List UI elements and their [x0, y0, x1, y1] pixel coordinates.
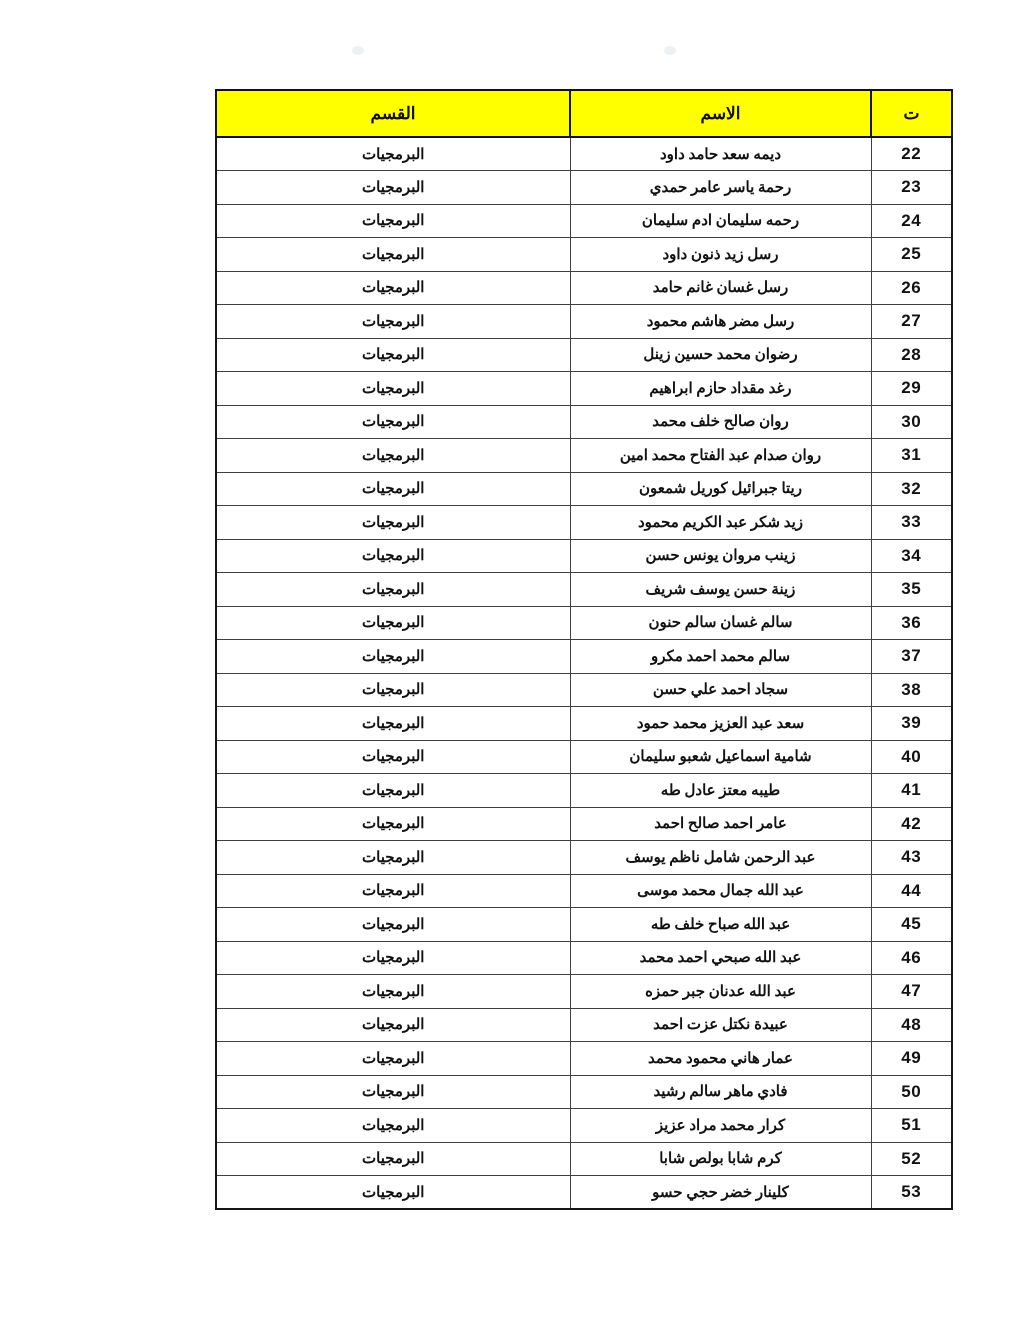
- document-page: ت الاسم القسم 22ديمه سعد حامد داودالبرمج…: [0, 0, 1024, 1325]
- scan-smudge: [664, 46, 676, 55]
- row-number-cell: 30: [871, 405, 952, 439]
- department-cell: البرمجيات: [216, 1075, 570, 1109]
- row-number-cell: 26: [871, 271, 952, 305]
- table-row: 51كرار محمد مراد عزيزالبرمجيات: [216, 1109, 952, 1143]
- row-number-cell: 27: [871, 305, 952, 339]
- table-row: 43عبد الرحمن شامل ناظم يوسفالبرمجيات: [216, 841, 952, 875]
- row-number-cell: 41: [871, 774, 952, 808]
- department-cell: البرمجيات: [216, 271, 570, 305]
- department-cell: البرمجيات: [216, 1008, 570, 1042]
- department-cell: البرمجيات: [216, 305, 570, 339]
- row-number-cell: 39: [871, 707, 952, 741]
- student-name-cell: رسل مضر هاشم محمود: [570, 305, 871, 339]
- student-name-cell: كلينار خضر حجي حسو: [570, 1176, 871, 1210]
- table-row: 53كلينار خضر حجي حسوالبرمجيات: [216, 1176, 952, 1210]
- row-number-cell: 25: [871, 238, 952, 272]
- department-cell: البرمجيات: [216, 372, 570, 406]
- student-name-cell: فادي ماهر سالم رشيد: [570, 1075, 871, 1109]
- student-name-cell: عبد الله صباح خلف طه: [570, 908, 871, 942]
- student-name-cell: طيبه معتز عادل طه: [570, 774, 871, 808]
- department-cell: البرمجيات: [216, 807, 570, 841]
- row-number-cell: 37: [871, 640, 952, 674]
- row-number-cell: 49: [871, 1042, 952, 1076]
- row-number-cell: 48: [871, 1008, 952, 1042]
- student-name-cell: رغد مقداد حازم ابراهيم: [570, 372, 871, 406]
- row-number-cell: 31: [871, 439, 952, 473]
- student-name-cell: زينب مروان يونس حسن: [570, 539, 871, 573]
- table-row: 48عبيدة نكتل عزت احمدالبرمجيات: [216, 1008, 952, 1042]
- row-number-cell: 42: [871, 807, 952, 841]
- table-row: 37سالم محمد احمد مكروالبرمجيات: [216, 640, 952, 674]
- student-name-cell: عبد الله صبحي احمد محمد: [570, 941, 871, 975]
- table-row: 44عبد الله جمال محمد موسىالبرمجيات: [216, 874, 952, 908]
- row-number-cell: 34: [871, 539, 952, 573]
- department-cell: البرمجيات: [216, 171, 570, 205]
- table-row: 40شامية اسماعيل شعبو سليمانالبرمجيات: [216, 740, 952, 774]
- student-name-cell: رسل زيد ذنون داود: [570, 238, 871, 272]
- row-number-cell: 22: [871, 137, 952, 171]
- row-number-cell: 33: [871, 506, 952, 540]
- table-row: 28رضوان محمد حسين زينلالبرمجيات: [216, 338, 952, 372]
- row-number-cell: 24: [871, 204, 952, 238]
- student-name-cell: عبد الرحمن شامل ناظم يوسف: [570, 841, 871, 875]
- department-cell: البرمجيات: [216, 975, 570, 1009]
- table-row: 34زينب مروان يونس حسنالبرمجيات: [216, 539, 952, 573]
- table-row: 32ريتا جبرائيل كوريل شمعونالبرمجيات: [216, 472, 952, 506]
- student-name-cell: زينة حسن يوسف شريف: [570, 573, 871, 607]
- department-cell: البرمجيات: [216, 573, 570, 607]
- student-name-cell: عمار هاني محمود محمد: [570, 1042, 871, 1076]
- header-department: القسم: [216, 90, 570, 137]
- table-row: 29رغد مقداد حازم ابراهيمالبرمجيات: [216, 372, 952, 406]
- department-cell: البرمجيات: [216, 841, 570, 875]
- table-row: 49عمار هاني محمود محمدالبرمجيات: [216, 1042, 952, 1076]
- row-number-cell: 52: [871, 1142, 952, 1176]
- department-cell: البرمجيات: [216, 238, 570, 272]
- table-row: 41طيبه معتز عادل طهالبرمجيات: [216, 774, 952, 808]
- scan-smudge: [352, 46, 364, 55]
- student-name-cell: عامر احمد صالح احمد: [570, 807, 871, 841]
- student-name-cell: شامية اسماعيل شعبو سليمان: [570, 740, 871, 774]
- student-name-cell: رحمه سليمان ادم سليمان: [570, 204, 871, 238]
- student-name-cell: سجاد احمد علي حسن: [570, 673, 871, 707]
- student-name-cell: زيد شكر عبد الكريم محمود: [570, 506, 871, 540]
- student-name-cell: سالم محمد احمد مكرو: [570, 640, 871, 674]
- table-row: 33زيد شكر عبد الكريم محمودالبرمجيات: [216, 506, 952, 540]
- student-name-cell: عبد الله عدنان جبر حمزه: [570, 975, 871, 1009]
- department-cell: البرمجيات: [216, 774, 570, 808]
- department-cell: البرمجيات: [216, 908, 570, 942]
- department-cell: البرمجيات: [216, 740, 570, 774]
- table-row: 52كرم شابا بولص شاباالبرمجيات: [216, 1142, 952, 1176]
- department-cell: البرمجيات: [216, 137, 570, 171]
- row-number-cell: 46: [871, 941, 952, 975]
- table-row: 25رسل زيد ذنون داودالبرمجيات: [216, 238, 952, 272]
- department-cell: البرمجيات: [216, 1109, 570, 1143]
- department-cell: البرمجيات: [216, 338, 570, 372]
- table-row: 38سجاد احمد علي حسنالبرمجيات: [216, 673, 952, 707]
- header-name: الاسم: [570, 90, 871, 137]
- row-number-cell: 36: [871, 606, 952, 640]
- department-cell: البرمجيات: [216, 405, 570, 439]
- table-row: 22ديمه سعد حامد داودالبرمجيات: [216, 137, 952, 171]
- student-name-cell: سعد عبد العزيز محمد حمود: [570, 707, 871, 741]
- student-name-cell: روان صدام عبد الفتاح محمد امين: [570, 439, 871, 473]
- table-row: 50فادي ماهر سالم رشيدالبرمجيات: [216, 1075, 952, 1109]
- department-cell: البرمجيات: [216, 673, 570, 707]
- row-number-cell: 50: [871, 1075, 952, 1109]
- department-cell: البرمجيات: [216, 204, 570, 238]
- student-name-cell: عبيدة نكتل عزت احمد: [570, 1008, 871, 1042]
- table-row: 35زينة حسن يوسف شريفالبرمجيات: [216, 573, 952, 607]
- department-cell: البرمجيات: [216, 506, 570, 540]
- department-cell: البرمجيات: [216, 707, 570, 741]
- row-number-cell: 23: [871, 171, 952, 205]
- student-name-cell: رسل غسان غانم حامد: [570, 271, 871, 305]
- student-name-cell: سالم غسان سالم حنون: [570, 606, 871, 640]
- department-cell: البرمجيات: [216, 472, 570, 506]
- table-row: 23رحمة ياسر عامر حمديالبرمجيات: [216, 171, 952, 205]
- student-name-cell: عبد الله جمال محمد موسى: [570, 874, 871, 908]
- student-name-cell: روان صالح خلف محمد: [570, 405, 871, 439]
- row-number-cell: 53: [871, 1176, 952, 1210]
- table-row: 46عبد الله صبحي احمد محمدالبرمجيات: [216, 941, 952, 975]
- department-cell: البرمجيات: [216, 941, 570, 975]
- student-name-cell: كرم شابا بولص شابا: [570, 1142, 871, 1176]
- table-row: 39سعد عبد العزيز محمد حمودالبرمجيات: [216, 707, 952, 741]
- row-number-cell: 40: [871, 740, 952, 774]
- student-name-cell: ريتا جبرائيل كوريل شمعون: [570, 472, 871, 506]
- table-row: 24رحمه سليمان ادم سليمانالبرمجيات: [216, 204, 952, 238]
- table-row: 42عامر احمد صالح احمدالبرمجيات: [216, 807, 952, 841]
- row-number-cell: 38: [871, 673, 952, 707]
- row-number-cell: 43: [871, 841, 952, 875]
- header-row: ت الاسم القسم: [216, 90, 952, 137]
- row-number-cell: 29: [871, 372, 952, 406]
- table-row: 36سالم غسان سالم حنونالبرمجيات: [216, 606, 952, 640]
- table-row: 27رسل مضر هاشم محمودالبرمجيات: [216, 305, 952, 339]
- table-row: 30روان صالح خلف محمدالبرمجيات: [216, 405, 952, 439]
- table-row: 47عبد الله عدنان جبر حمزهالبرمجيات: [216, 975, 952, 1009]
- student-name-cell: كرار محمد مراد عزيز: [570, 1109, 871, 1143]
- department-cell: البرمجيات: [216, 1142, 570, 1176]
- department-cell: البرمجيات: [216, 439, 570, 473]
- student-name-cell: ديمه سعد حامد داود: [570, 137, 871, 171]
- department-cell: البرمجيات: [216, 874, 570, 908]
- department-cell: البرمجيات: [216, 606, 570, 640]
- table-body: 22ديمه سعد حامد داودالبرمجيات23رحمة ياسر…: [216, 137, 952, 1209]
- department-cell: البرمجيات: [216, 539, 570, 573]
- row-number-cell: 28: [871, 338, 952, 372]
- student-name-cell: رحمة ياسر عامر حمدي: [570, 171, 871, 205]
- table-row: 31روان صدام عبد الفتاح محمد امينالبرمجيا…: [216, 439, 952, 473]
- department-cell: البرمجيات: [216, 640, 570, 674]
- row-number-cell: 44: [871, 874, 952, 908]
- row-number-cell: 51: [871, 1109, 952, 1143]
- row-number-cell: 35: [871, 573, 952, 607]
- department-cell: البرمجيات: [216, 1042, 570, 1076]
- department-cell: البرمجيات: [216, 1176, 570, 1210]
- row-number-cell: 32: [871, 472, 952, 506]
- student-name-cell: رضوان محمد حسين زينل: [570, 338, 871, 372]
- header-number: ت: [871, 90, 952, 137]
- student-roster-table: ت الاسم القسم 22ديمه سعد حامد داودالبرمج…: [215, 89, 953, 1210]
- row-number-cell: 45: [871, 908, 952, 942]
- table-row: 26رسل غسان غانم حامدالبرمجيات: [216, 271, 952, 305]
- row-number-cell: 47: [871, 975, 952, 1009]
- table-row: 45عبد الله صباح خلف طهالبرمجيات: [216, 908, 952, 942]
